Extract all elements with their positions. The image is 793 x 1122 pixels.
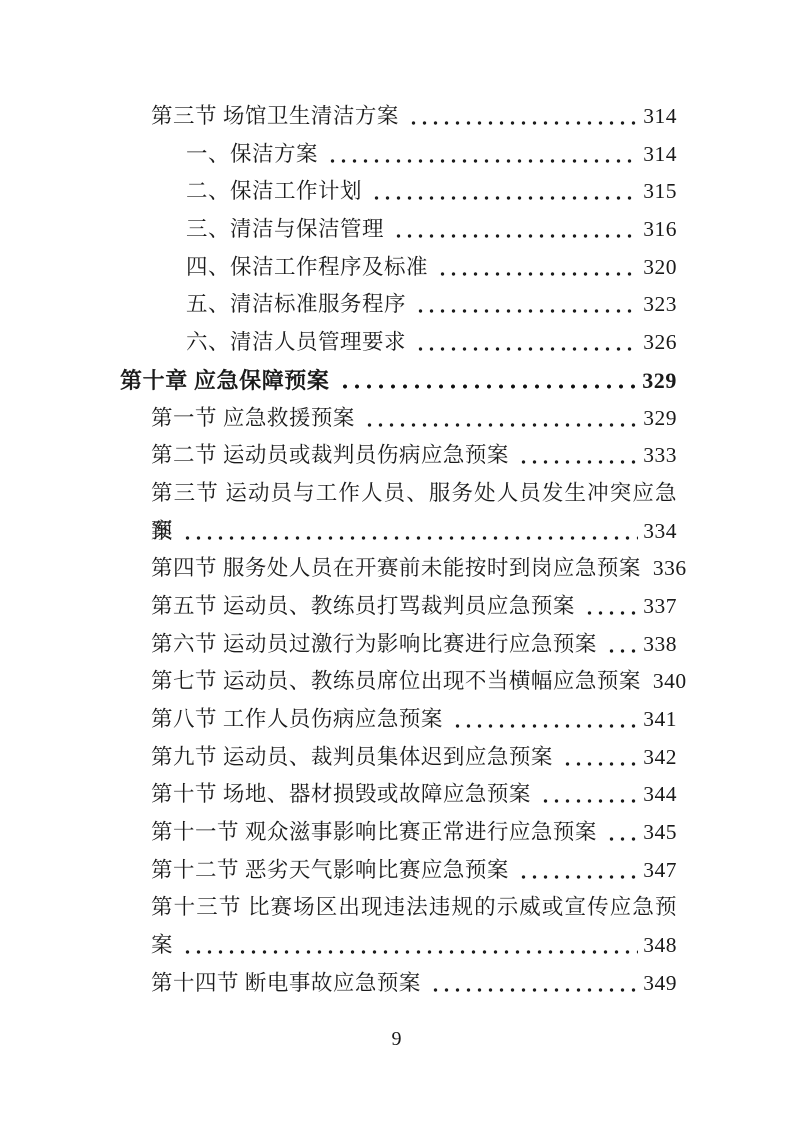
toc-page-number: 348 <box>643 927 677 965</box>
toc-page-number: 320 <box>643 249 677 287</box>
dot-leader <box>325 136 638 174</box>
toc-entry-label: 案 <box>151 513 173 551</box>
toc-page-number: 329 <box>643 400 677 438</box>
toc-entry-label: 五、清洁标准服务程序 <box>186 286 406 324</box>
toc-page-number: 340 <box>653 663 687 701</box>
toc-entry-label: 四、保洁工作程序及标准 <box>186 249 428 287</box>
toc-page-number: 323 <box>643 286 677 324</box>
toc-page-number: 342 <box>643 739 677 777</box>
toc-entry-label: 第十二节 恶劣天气影响比赛应急预案 <box>151 852 509 890</box>
toc-entry-label: 第七节 运动员、教练员席位出现不当横幅应急预案 <box>151 663 641 701</box>
toc-line: 六、清洁人员管理要求 326 <box>120 324 677 362</box>
toc-page-number: 347 <box>643 852 677 890</box>
toc-line: 第二节 运动员或裁判员伤病应急预案 333 <box>120 437 677 475</box>
dot-leader <box>362 400 638 438</box>
toc-entry-label: 第十三节 比赛场区出现违法违规的示威或宣传应急预 <box>151 889 677 927</box>
toc-line: 案 348 <box>120 927 677 965</box>
toc-entry-label: 第二节 运动员或裁判员伤病应急预案 <box>151 437 509 475</box>
dot-leader <box>450 701 638 739</box>
toc-page-number: 344 <box>643 776 677 814</box>
toc-page-number: 336 <box>653 550 687 588</box>
toc-entry-label: 第四节 服务处人员在开赛前未能按时到岗应急预案 <box>151 550 641 588</box>
toc-page-number: 337 <box>643 588 677 626</box>
toc-entry-label: 第三节 运动员与工作人员、服务处人员发生冲突应急预 <box>151 475 677 513</box>
page-footer: 9 <box>0 1024 793 1054</box>
toc-entry-label: 第一节 应急救援预案 <box>151 400 355 438</box>
toc-entry-label: 三、清洁与保洁管理 <box>186 211 384 249</box>
toc-entry-label: 第五节 运动员、教练员打骂裁判员应急预案 <box>151 588 575 626</box>
dot-leader <box>516 437 638 475</box>
toc-line: 第十二节 恶劣天气影响比赛应急预案 347 <box>120 852 677 890</box>
toc-line: 五、清洁标准服务程序 323 <box>120 286 677 324</box>
dot-leader <box>369 173 638 211</box>
toc-line: 第五节 运动员、教练员打骂裁判员应急预案 337 <box>120 588 677 626</box>
dot-leader <box>413 324 638 362</box>
toc-page-number: 314 <box>643 136 677 174</box>
toc-line: 第十四节 断电事故应急预案 349 <box>120 965 677 1003</box>
toc-line: 第十节 场地、器材损毁或故障应急预案 344 <box>120 776 677 814</box>
toc-line: 第三节 运动员与工作人员、服务处人员发生冲突应急预 <box>120 475 677 513</box>
toc-page-number: 315 <box>643 173 677 211</box>
toc-entry-label: 案 <box>151 927 173 965</box>
toc-entry-label: 二、保洁工作计划 <box>186 173 362 211</box>
toc-entry-label: 第六节 运动员过激行为影响比赛进行应急预案 <box>151 626 597 664</box>
toc-line: 二、保洁工作计划 315 <box>120 173 677 211</box>
toc-entry-label: 第十四节 断电事故应急预案 <box>151 965 421 1003</box>
dot-leader <box>180 513 638 551</box>
toc-page-number: 316 <box>643 211 677 249</box>
footer-page-number: 9 <box>392 1028 402 1050</box>
toc-entry-label: 第十一节 观众滋事影响比赛正常进行应急预案 <box>151 814 597 852</box>
toc-entry-label: 第十章 应急保障预案 <box>120 362 330 400</box>
toc-page-number: 333 <box>643 437 677 475</box>
toc-line: 第十三节 比赛场区出现违法违规的示威或宣传应急预 <box>120 889 677 927</box>
toc-line: 第三节 场馆卫生清洁方案 314 <box>120 98 677 136</box>
dot-leader <box>604 626 638 664</box>
toc-line: 第七节 运动员、教练员席位出现不当横幅应急预案 340 <box>120 663 677 701</box>
toc-line: 案 334 <box>120 513 677 551</box>
toc-line: 第一节 应急救援预案 329 <box>120 400 677 438</box>
toc-entry-label: 一、保洁方案 <box>186 136 318 174</box>
toc-line: 四、保洁工作程序及标准 320 <box>120 249 677 287</box>
toc-entry-label: 第十节 场地、器材损毁或故障应急预案 <box>151 776 531 814</box>
dot-leader <box>180 927 638 965</box>
toc-entry-label: 六、清洁人员管理要求 <box>186 324 406 362</box>
toc-page-number: 314 <box>643 98 677 136</box>
dot-leader <box>435 249 638 287</box>
toc-page-number: 326 <box>643 324 677 362</box>
dot-leader <box>391 211 638 249</box>
toc-line: 一、保洁方案 314 <box>120 136 677 174</box>
dot-leader <box>560 739 638 777</box>
toc-line: 第十章 应急保障预案 329 <box>120 362 677 400</box>
toc-page-number: 329 <box>642 362 677 400</box>
toc-line: 第四节 服务处人员在开赛前未能按时到岗应急预案 336 <box>120 550 677 588</box>
dot-leader <box>538 776 638 814</box>
toc-line: 第十一节 观众滋事影响比赛正常进行应急预案 345 <box>120 814 677 852</box>
toc-page-number: 334 <box>643 513 677 551</box>
toc-entry-label: 第八节 工作人员伤病应急预案 <box>151 701 443 739</box>
table-of-contents: 第三节 场馆卫生清洁方案 314 一、保洁方案 314 二、保洁工作计划 315… <box>120 98 677 1003</box>
toc-entry-label: 第三节 场馆卫生清洁方案 <box>151 98 399 136</box>
dot-leader <box>428 965 638 1003</box>
document-page: 第三节 场馆卫生清洁方案 314 一、保洁方案 314 二、保洁工作计划 315… <box>0 0 793 1122</box>
toc-line: 第六节 运动员过激行为影响比赛进行应急预案 338 <box>120 626 677 664</box>
toc-page-number: 345 <box>643 814 677 852</box>
dot-leader <box>582 588 638 626</box>
dot-leader <box>337 362 638 400</box>
toc-line: 第八节 工作人员伤病应急预案 341 <box>120 701 677 739</box>
toc-page-number: 349 <box>643 965 677 1003</box>
toc-entry-label: 第九节 运动员、裁判员集体迟到应急预案 <box>151 739 553 777</box>
dot-leader <box>604 814 638 852</box>
dot-leader <box>413 286 638 324</box>
dot-leader <box>516 852 638 890</box>
toc-page-number: 341 <box>643 701 677 739</box>
toc-page-number: 338 <box>643 626 677 664</box>
dot-leader <box>406 98 638 136</box>
toc-line: 三、清洁与保洁管理 316 <box>120 211 677 249</box>
toc-line: 第九节 运动员、裁判员集体迟到应急预案 342 <box>120 739 677 777</box>
